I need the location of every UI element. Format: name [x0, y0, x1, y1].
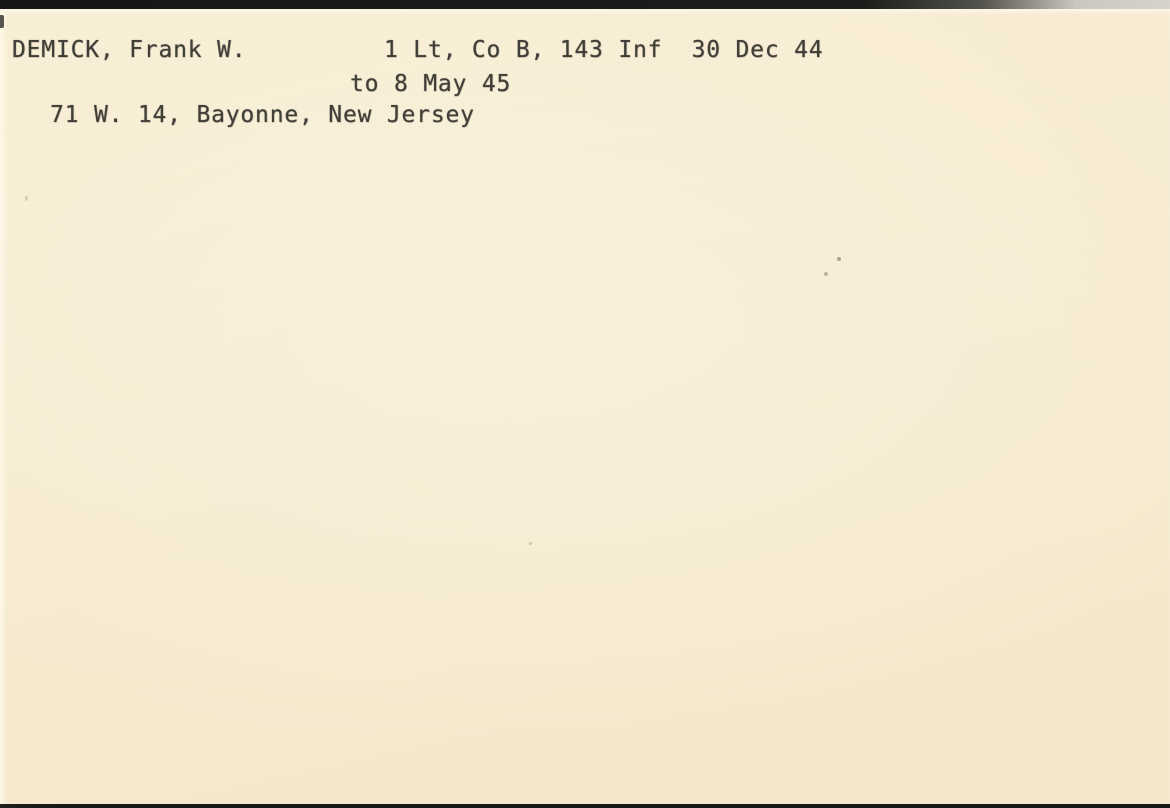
scanner-bottom-edge	[0, 804, 1170, 808]
paper-speck	[529, 542, 532, 545]
name-line: DEMICK, Frank W.	[12, 39, 246, 62]
scanner-top-edge	[0, 0, 1170, 9]
service-line: 1 Lt, Co B, 143 Inf 30 Dec 44	[384, 39, 823, 62]
service-continuation-line: to 8 May 45	[350, 73, 511, 96]
scanned-index-card: DEMICK, Frank W. 1 Lt, Co B, 143 Inf 30 …	[0, 0, 1170, 808]
paper-speck	[837, 257, 841, 261]
index-card: DEMICK, Frank W. 1 Lt, Co B, 143 Inf 30 …	[0, 9, 1170, 804]
card-left-edge	[0, 11, 8, 804]
paper-speck	[824, 272, 828, 276]
paper-speck	[25, 196, 28, 201]
card-edge-mark	[0, 15, 4, 28]
address-line: 71 W. 14, Bayonne, New Jersey	[50, 104, 475, 127]
